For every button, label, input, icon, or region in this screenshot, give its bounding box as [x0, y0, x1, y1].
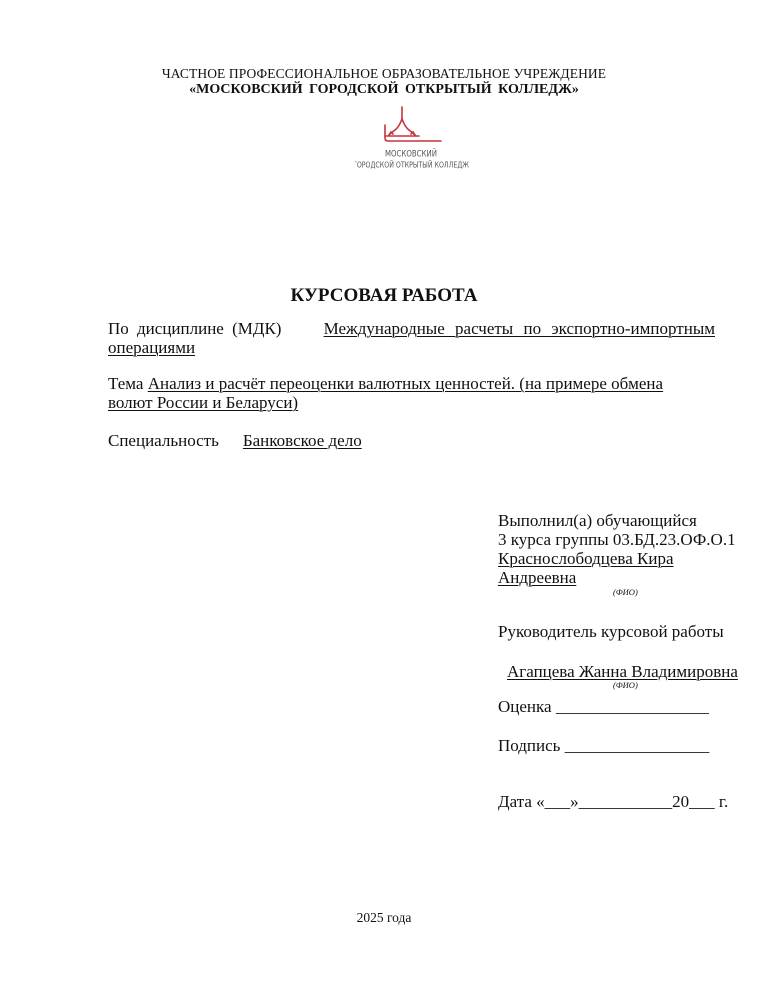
specialty-label: Специальность [108, 431, 219, 450]
grade-line: Оценка __________________ [498, 697, 709, 717]
student-name-continued: Андреевна [498, 568, 576, 588]
theme-value: Анализ и расчёт переоценки валютных ценн… [148, 374, 663, 393]
discipline-label: По дисциплине (МДК) [108, 319, 281, 339]
college-tower-logo-icon: МОСКОВСКИЙ ГОРОДСКОЙ ОТКРЫТЫЙ КОЛЛЕДЖ [355, 105, 470, 180]
specialty-value: Банковское дело [243, 431, 362, 450]
footer-year: 2025 года [0, 910, 768, 926]
institution-type: ЧАСТНОЕ ПРОФЕССИОНАЛЬНОЕ ОБРАЗОВАТЕЛЬНОЕ… [0, 66, 768, 82]
grade-label: Оценка [498, 697, 552, 716]
student-role: Выполнил(а) обучающийся [498, 511, 697, 531]
logo-caption-1: МОСКОВСКИЙ [385, 149, 437, 159]
signature-line: Подпись _________________ [498, 736, 709, 756]
specialty-line: СпециальностьБанковское дело [108, 431, 362, 451]
discipline-value-continued: операциями [108, 338, 195, 358]
document-title: КУРСОВАЯ РАБОТА [0, 285, 768, 307]
discipline-line: По дисциплине (МДК) Международные расчет… [108, 319, 715, 339]
student-group: 3 курса группы 03.БД.23.ОФ.О.1 [498, 530, 736, 550]
signature-blank: _________________ [565, 736, 710, 755]
signature-label: Подпись [498, 736, 560, 755]
institution-name: «МОСКОВСКИЙ ГОРОДСКОЙ ОТКРЫТЫЙ КОЛЛЕДЖ» [0, 82, 768, 98]
college-logo: МОСКОВСКИЙ ГОРОДСКОЙ ОТКРЫТЫЙ КОЛЛЕДЖ [355, 105, 470, 180]
theme-label: Тема [108, 374, 143, 393]
student-fio-caption: (ФИО) [613, 587, 638, 597]
supervisor-fio-caption: (ФИО) [613, 680, 638, 690]
logo-caption-2: ГОРОДСКОЙ ОТКРЫТЫЙ КОЛЛЕДЖ [355, 160, 469, 170]
theme-value-continued: волют России и Беларуси) [108, 393, 298, 413]
supervisor-label: Руководитель курсовой работы [498, 622, 724, 642]
supervisor-name: Агапцева Жанна Владимировна [507, 662, 738, 682]
student-name: Краснослободцева Кира [498, 549, 674, 569]
theme-line: Тема Анализ и расчёт переоценки валютных… [108, 374, 663, 394]
date-line: Дата «___»___________20___ г. [498, 792, 728, 812]
discipline-value: Международные расчеты по экспортно-импор… [324, 319, 715, 339]
grade-blank: __________________ [556, 697, 709, 716]
